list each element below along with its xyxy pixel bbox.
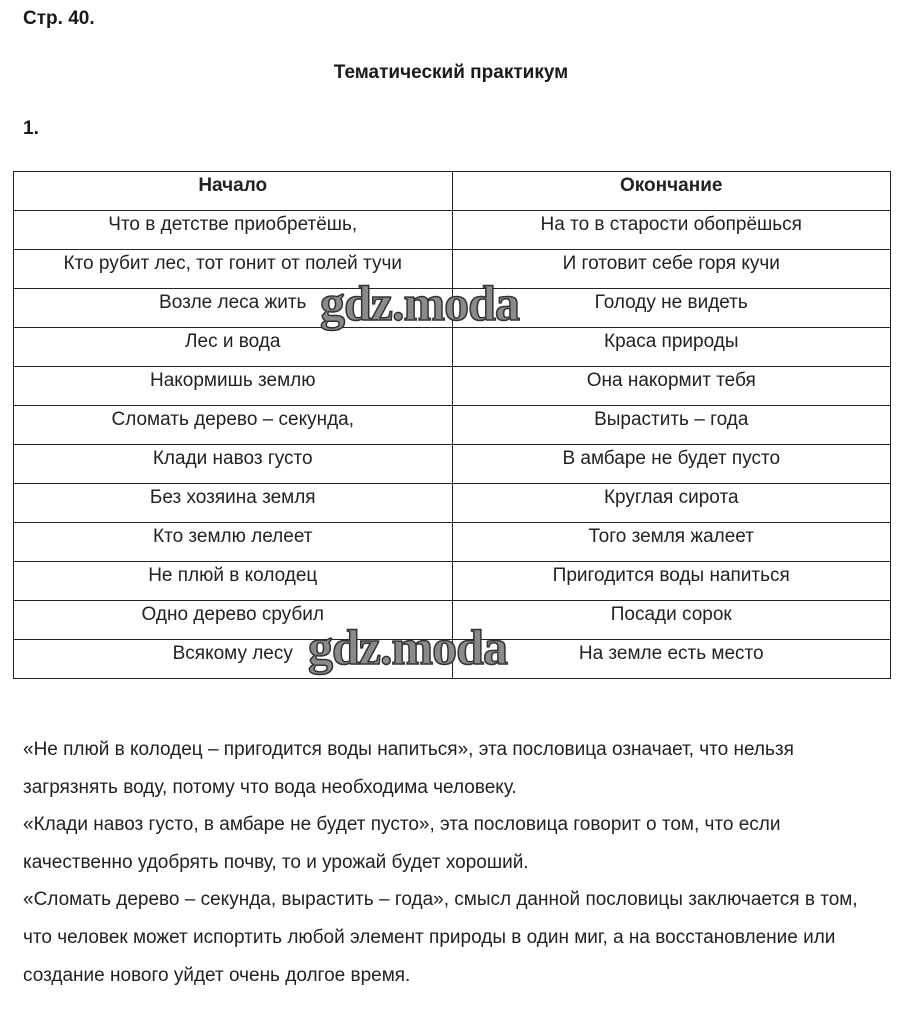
cell-end: Посади сорок <box>452 601 891 640</box>
cell-end: Того земля жалеет <box>452 523 891 562</box>
cell-end: Она накормит тебя <box>452 367 891 406</box>
cell-end: Краса природы <box>452 328 891 367</box>
cell-start: Кто землю лелеет <box>14 523 453 562</box>
header-end: Окончание <box>452 172 891 211</box>
cell-end: И готовит себе горя кучи <box>452 250 891 289</box>
cell-start: Без хозяина земля <box>14 484 453 523</box>
cell-start: Накормишь землю <box>14 367 453 406</box>
page-title: Тематический практикум <box>0 62 902 84</box>
table-row: Без хозяина земляКруглая сирота <box>14 484 891 523</box>
cell-end: В амбаре не будет пусто <box>452 445 891 484</box>
cell-end: Пригодится воды напиться <box>452 562 891 601</box>
header-start: Начало <box>14 172 453 211</box>
task-number: 1. <box>23 118 39 140</box>
table-row: Накормишь землюОна накормит тебя <box>14 367 891 406</box>
cell-start: Одно дерево срубил <box>14 601 453 640</box>
table-row: Возле леса житьГолоду не видеть <box>14 289 891 328</box>
table-row: Сломать дерево – секунда,Вырастить – год… <box>14 406 891 445</box>
cell-start: Клади навоз густо <box>14 445 453 484</box>
table-row: Что в детстве приобретёшь,На то в старос… <box>14 211 891 250</box>
cell-start: Кто рубит лес, тот гонит от полей тучи <box>14 250 453 289</box>
cell-end: Вырастить – года <box>452 406 891 445</box>
table-row: Не плюй в колодецПригодится воды напитьс… <box>14 562 891 601</box>
cell-start: Возле леса жить <box>14 289 453 328</box>
cell-end: На земле есть место <box>452 640 891 679</box>
table-row: Кто рубит лес, тот гонит от полей тучиИ … <box>14 250 891 289</box>
table-row: Лес и водаКраса природы <box>14 328 891 367</box>
cell-start: Лес и вода <box>14 328 453 367</box>
explanations: «Не плюй в колодец – пригодится воды нап… <box>23 731 883 994</box>
cell-end: На то в старости обопрёшься <box>452 211 891 250</box>
cell-start: Не плюй в колодец <box>14 562 453 601</box>
table-header-row: Начало Окончание <box>14 172 891 211</box>
explanation-paragraph: «Клади навоз густо, в амбаре не будет пу… <box>23 806 883 881</box>
table-row: Всякому лесуНа земле есть место <box>14 640 891 679</box>
table-row: Одно дерево срубилПосади сорок <box>14 601 891 640</box>
explanation-paragraph: «Сломать дерево – секунда, вырастить – г… <box>23 881 883 994</box>
proverbs-table: Начало Окончание Что в детстве приобретё… <box>13 171 891 679</box>
cell-start: Сломать дерево – секунда, <box>14 406 453 445</box>
cell-start: Всякому лесу <box>14 640 453 679</box>
cell-start: Что в детстве приобретёшь, <box>14 211 453 250</box>
cell-end: Голоду не видеть <box>452 289 891 328</box>
table-row: Кто землю лелеетТого земля жалеет <box>14 523 891 562</box>
explanation-paragraph: «Не плюй в колодец – пригодится воды нап… <box>23 731 883 806</box>
page-label: Стр. 40. <box>23 8 95 30</box>
table-row: Клади навоз густоВ амбаре не будет пусто <box>14 445 891 484</box>
cell-end: Круглая сирота <box>452 484 891 523</box>
